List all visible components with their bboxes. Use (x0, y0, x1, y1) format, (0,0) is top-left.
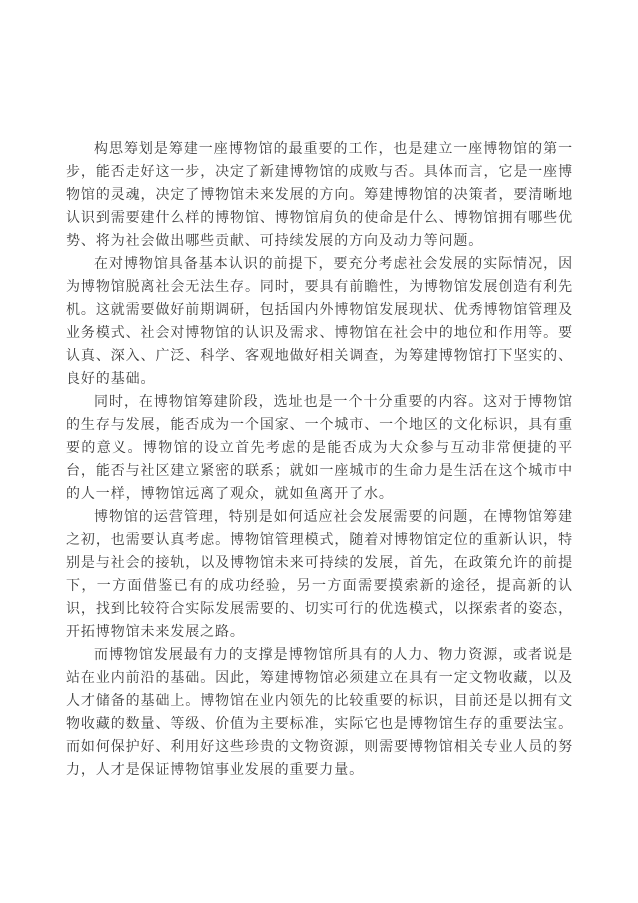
document-body: 构思筹划是筹建一座博物馆的最重要的工作，也是建立一座博物馆的第一步，能否走好这一… (66, 138, 573, 782)
paragraph-1: 构思筹划是筹建一座博物馆的最重要的工作，也是建立一座博物馆的第一步，能否走好这一… (66, 138, 573, 253)
paragraph-3: 同时，在博物馆筹建阶段，选址也是一个十分重要的内容。这对于博物馆的生存与发展，能… (66, 391, 573, 506)
paragraph-4: 博物馆的运营管理，特别是如何适应社会发展需要的问题，在博物馆筹建之初，也需要认真… (66, 506, 573, 644)
paragraph-5: 而博物馆发展最有力的支撑是博物馆所具有的人力、物力资源，或者说是站在业内前沿的基… (66, 644, 573, 782)
paragraph-2: 在对博物馆具备基本认识的前提下，要充分考虑社会发展的实际情况，因为博物馆脱离社会… (66, 253, 573, 391)
document-page: 构思筹划是筹建一座博物馆的最重要的工作，也是建立一座博物馆的第一步，能否走好这一… (0, 0, 638, 903)
